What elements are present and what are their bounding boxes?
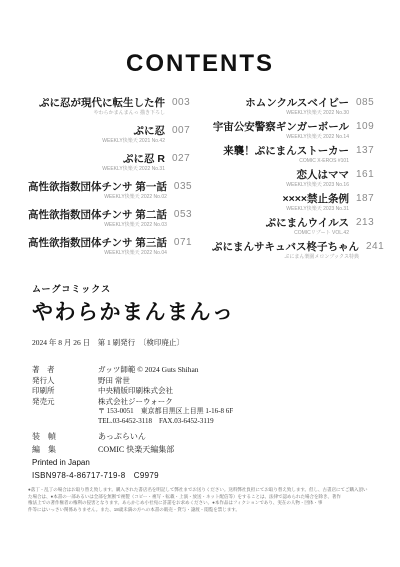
publisher-row: 発行人 野田 常世	[32, 376, 372, 387]
toc-entry-page-number: 071	[174, 237, 196, 249]
toc-entry-title: 高性欲指数団体チンサ 第二話	[28, 209, 167, 221]
credit-row-value: COMIC 快楽天編集部	[98, 443, 174, 456]
publisher-row-label: 発売元	[32, 397, 98, 408]
publisher-info: 著 者 ガッツ師範 © 2024 Guts Shihan 発行人 野田 常世 印…	[32, 365, 372, 426]
credit-row: 装 幀 あっぷらいん	[32, 430, 372, 443]
toc-entry-page-number: 035	[174, 181, 196, 193]
credit-row: 編 集 COMIC 快楽天編集部	[32, 443, 372, 456]
toc-entry-source: WEEKLY快楽天 2022 No.31	[28, 166, 165, 172]
edition-line: 2024 年 8 月 26 日 第 1 刷発行 〔検印廃止〕	[32, 337, 372, 348]
legal-fine-print: ●落丁・乱丁の場合はお取り替え致します。購入された書店名を明記して弊社までお送り…	[28, 487, 374, 513]
contents-heading: CONTENTS	[0, 50, 400, 78]
colophon-block: ムーグコミックス やわらかまんまんっ 2024 年 8 月 26 日 第 1 刷…	[32, 282, 372, 426]
toc-entry: 高性欲指数団体チンサ 第一話 WEEKLY快楽天 2022 No.02 035	[28, 181, 196, 200]
toc-entry-title: ぷにまんウイルス	[212, 217, 349, 229]
credits-block: 装 幀 あっぷらいん 編 集 COMIC 快楽天編集部 Printed in J…	[32, 430, 372, 483]
toc-entry-source: WEEKLY快楽天 2023 No.31	[212, 206, 349, 212]
publisher-row-label: 発行人	[32, 376, 98, 387]
credit-row-value: あっぷらいん	[98, 430, 146, 443]
credit-row-label: 編 集	[32, 443, 98, 456]
toc-entry-title: ぷに忍が現代に転生した件	[28, 97, 165, 109]
toc-entry-title: 高性欲指数団体チンサ 第一話	[28, 181, 167, 193]
toc-entry: 高性欲指数団体チンサ 第三話 WEEKLY快楽天 2022 No.04 071	[28, 237, 196, 256]
toc-entry-source: COMICリブート VOL.42	[212, 230, 349, 236]
toc-entry-page-number: 007	[172, 125, 196, 137]
publisher-row-value: ガッツ師範 © 2024 Guts Shihan	[98, 365, 372, 376]
imprint-label: ムーグコミックス	[32, 282, 372, 295]
toc-entry-title: 高性欲指数団体チンサ 第三話	[28, 237, 167, 249]
toc-entry-title: ホムンクルスベイビー	[212, 97, 349, 109]
toc-entry-page-number: 137	[356, 145, 380, 157]
toc-entry-source: ぷにまん楽園メロンブックス特典	[212, 254, 359, 260]
toc-entry-page-number: 213	[356, 217, 380, 229]
toc-entry-page-number: 053	[174, 209, 196, 221]
toc-entry-page-number: 109	[356, 121, 380, 133]
toc-entry: ぷにまんウイルス COMICリブート VOL.42 213	[212, 217, 380, 236]
toc-entry: 来襲！ぷにまんストーカー COMIC X-EROS #101 137	[212, 145, 380, 164]
table-of-contents: ぷに忍が現代に転生した件 やわらかまんまんっ 描き下ろし 003 ぷに忍 WEE…	[28, 97, 380, 265]
publisher-address: 〒 153-0051 東京都目黒区上目黒 1-16-8 6F	[98, 407, 372, 417]
toc-entry-page-number: 027	[172, 153, 196, 165]
toc-entry-source: WEEKLY快楽天 2022 No.04	[28, 250, 167, 256]
toc-entry-source: WEEKLY快楽天 2022 No.30	[212, 110, 349, 116]
toc-right-column: ホムンクルスベイビー WEEKLY快楽天 2022 No.30 085 宇宙公安…	[212, 97, 380, 265]
toc-entry-page-number: 161	[356, 169, 380, 181]
toc-entry-title: ぷにまんサキュバス柊子ちゃん	[212, 241, 359, 253]
toc-entry: ぷに忍 R WEEKLY快楽天 2022 No.31 027	[28, 153, 196, 172]
toc-entry-source: WEEKLY快楽天 2022 No.02	[28, 194, 167, 200]
publisher-row: 発売元 株式会社ジーウォーク	[32, 397, 372, 408]
toc-entry-page-number: 003	[172, 97, 196, 109]
toc-entry-title: 来襲！ぷにまんストーカー	[212, 145, 349, 157]
publisher-row: 著 者 ガッツ師範 © 2024 Guts Shihan	[32, 365, 372, 376]
toc-entry-title: ぷに忍	[28, 125, 165, 137]
toc-entry-source: WEEKLY快楽天 2022 No.14	[212, 134, 349, 140]
credit-row-label: 装 幀	[32, 430, 98, 443]
toc-entry: 恋人はママ WEEKLY快楽天 2023 No.16 161	[212, 169, 380, 188]
publisher-row-label: 印刷所	[32, 386, 98, 397]
toc-entry-page-number: 241	[366, 241, 384, 253]
toc-entry-source: COMIC X-EROS #101	[212, 158, 349, 164]
book-page: CONTENTS ぷに忍が現代に転生した件 やわらかまんまんっ 描き下ろし 00…	[0, 0, 400, 567]
isbn-line: ISBN978-4-86717-719-8 C9979	[32, 469, 372, 483]
toc-entry-page-number: 187	[356, 193, 380, 205]
toc-entry: 宇宙公安警察ギンガーボール WEEKLY快楽天 2022 No.14 109	[212, 121, 380, 140]
publisher-row-value: 株式会社ジーウォーク	[98, 397, 372, 408]
toc-entry: ぷにまんサキュバス柊子ちゃん ぷにまん楽園メロンブックス特典 241	[212, 241, 380, 260]
publisher-row-label: 著 者	[32, 365, 98, 376]
toc-entry-source: WEEKLY快楽天 2023 No.16	[212, 182, 349, 188]
book-title: やわらかまんまんっ	[32, 296, 372, 326]
toc-entry: ホムンクルスベイビー WEEKLY快楽天 2022 No.30 085	[212, 97, 380, 116]
toc-entry-title: ××××禁止条例	[212, 193, 349, 205]
toc-entry-source: やわらかまんまんっ 描き下ろし	[28, 110, 165, 116]
publisher-row: 印刷所 中央精版印刷株式会社	[32, 386, 372, 397]
printed-in-japan: Printed in Japan	[32, 456, 372, 469]
fine-print-line: 権法上での著作権者の権利の侵害となります。あらかじめ小社宛に許諾をお求めください…	[28, 500, 374, 507]
toc-entry: ××××禁止条例 WEEKLY快楽天 2023 No.31 187	[212, 193, 380, 212]
toc-entry: 高性欲指数団体チンサ 第二話 WEEKLY快楽天 2022 No.03 053	[28, 209, 196, 228]
fine-print-line: ●落丁・乱丁の場合はお取り替え致します。購入された書店名を明記して弊社までお送り…	[28, 487, 374, 494]
toc-entry: ぷに忍 WEEKLY快楽天 2021 No.42 007	[28, 125, 196, 144]
toc-entry: ぷに忍が現代に転生した件 やわらかまんまんっ 描き下ろし 003	[28, 97, 196, 116]
toc-entry-title: ぷに忍 R	[28, 153, 165, 165]
toc-entry-source: WEEKLY快楽天 2022 No.03	[28, 222, 167, 228]
publisher-row-value: 野田 常世	[98, 376, 372, 387]
toc-entry-title: 宇宙公安警察ギンガーボール	[212, 121, 349, 133]
publisher-phone: TEL.03-6452-3118 FAX.03-6452-3119	[98, 417, 372, 427]
toc-left-column: ぷに忍が現代に転生した件 やわらかまんまんっ 描き下ろし 003 ぷに忍 WEE…	[28, 97, 196, 265]
fine-print-line: 件等にはいっさい関係ありません。また、18歳未満の方への本書の販売・貸与・譲渡・…	[28, 507, 374, 514]
toc-entry-page-number: 085	[356, 97, 380, 109]
toc-entry-source: WEEKLY快楽天 2021 No.42	[28, 138, 165, 144]
publisher-row-value: 中央精版印刷株式会社	[98, 386, 372, 397]
toc-entry-title: 恋人はママ	[212, 169, 349, 181]
